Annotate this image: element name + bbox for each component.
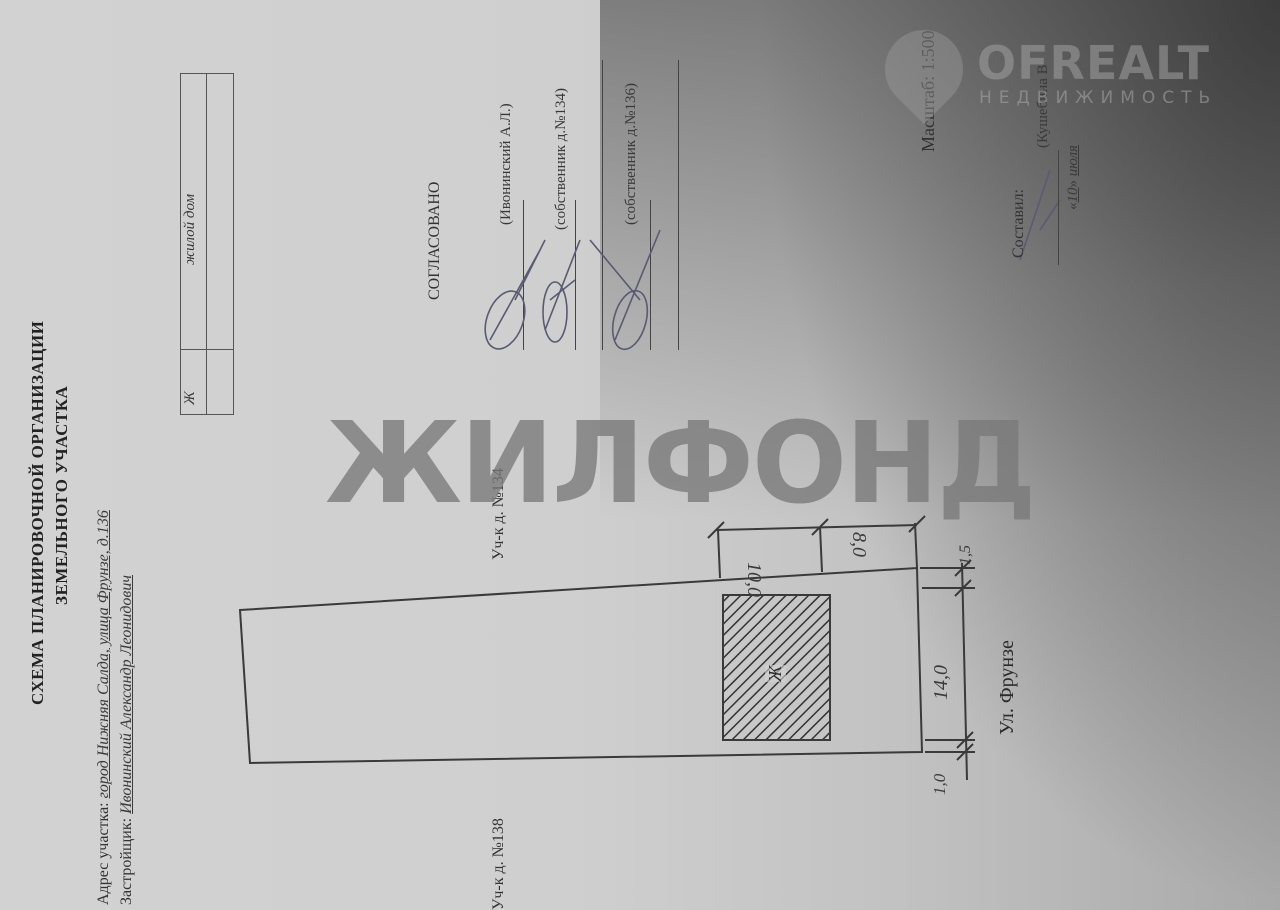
dim-setback-bottom: 1,0 <box>930 774 950 795</box>
neighbor-plot-134: Уч-к д. №134 <box>490 468 508 560</box>
compiled-date: «10» июля <box>1065 145 1082 210</box>
dim-setback-top: 1,5 <box>957 545 975 565</box>
street-label: Ул. Фрунзе <box>996 640 1019 735</box>
site-plan <box>0 0 1280 910</box>
dim-building-length: 14,0 <box>930 665 953 700</box>
compiled-label: Составил: <box>1010 189 1028 258</box>
compiled-date-month: июля <box>1065 145 1081 176</box>
compiled-date-day: 10 <box>1065 188 1081 203</box>
neighbor-plot-138: Уч-к д. №138 <box>490 818 508 910</box>
scale-label: Масштаб: 1:500 <box>918 30 939 152</box>
dim-house-depth: 10,0 <box>742 562 765 597</box>
compiled-name: (Кушебина В <box>1035 64 1052 148</box>
dim-front-setback: 8,0 <box>847 532 870 557</box>
building-label: Ж <box>765 666 786 683</box>
compiled-signature-line <box>1058 150 1059 265</box>
